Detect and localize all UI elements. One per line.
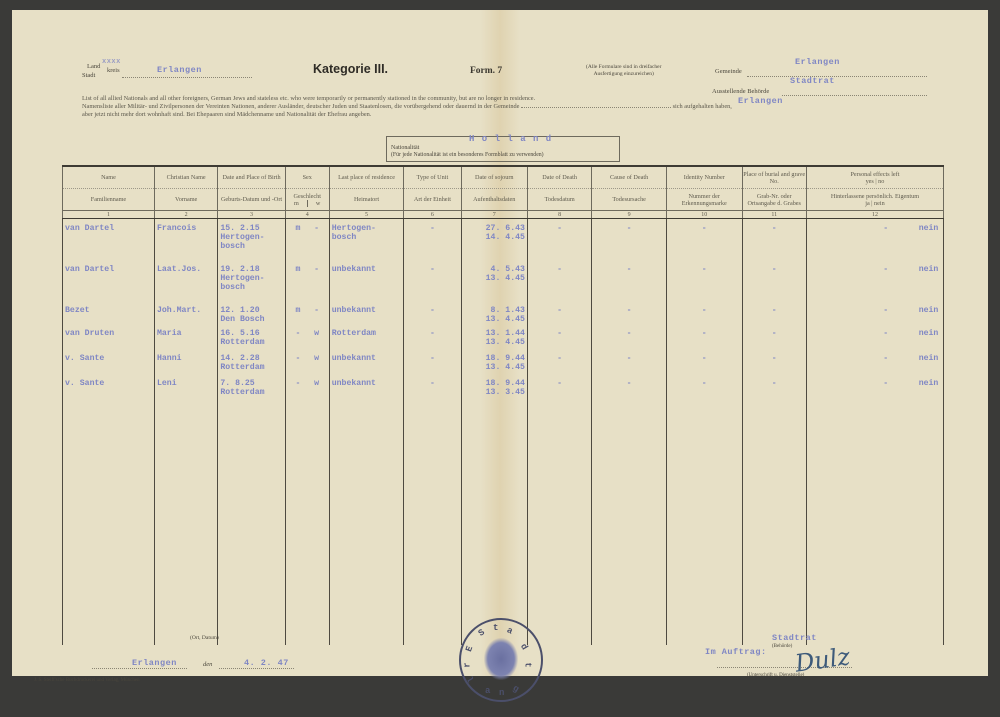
stamp-letter: t — [493, 623, 498, 633]
row-death-date-text: - — [530, 329, 589, 338]
row-unit: - — [404, 305, 461, 328]
col-num-1: 1 — [63, 211, 155, 219]
row-name: van Dartel — [63, 264, 155, 305]
col-christian-name-de: Vorname — [154, 189, 217, 211]
row-burial-text: - — [745, 306, 804, 315]
stamp-letter: a — [485, 686, 490, 696]
effects-yes: - — [809, 329, 888, 338]
row-birth: 7. 8.25Rotterdam — [218, 378, 285, 645]
row-residence-text: unbekannt — [332, 306, 402, 315]
effects-yes: - — [809, 224, 888, 233]
col-death-date-de: Todesdatum — [527, 189, 591, 211]
col-death-date-en: Date of Death — [527, 166, 591, 189]
table-row: van DartelLaat.Jos.19. 2.18Hertogen- bos… — [63, 264, 944, 305]
ort-value: Erlangen — [132, 658, 177, 668]
row-unit: - — [404, 378, 461, 645]
row-vorname: Francois — [154, 219, 217, 265]
col-num-6: 6 — [404, 211, 461, 219]
row-residence-text: unbekannt — [332, 265, 402, 274]
birth-date: 15. 2.15 — [220, 224, 282, 233]
col-christian-name-en: Christian Name — [154, 166, 217, 189]
den-label: den — [203, 661, 212, 668]
stamp-letter: S — [477, 627, 487, 638]
row-death-date: - — [527, 305, 591, 328]
col-death-cause-de: Todesursache — [592, 189, 667, 211]
behoerde-label: Ausstellende Behörde — [712, 88, 769, 95]
intro-line2: Namensliste aller Militär- und Zivilpers… — [82, 103, 927, 111]
col-num-3: 3 — [218, 211, 285, 219]
footer-stadtrat: Stadtrat — [772, 633, 817, 643]
stamp-emblem-icon — [484, 638, 518, 680]
row-burial: - — [742, 305, 806, 328]
official-stamp: S t a d t E r l a n g — [459, 618, 543, 702]
row-residence-text: Hertogen- bosch — [332, 224, 402, 242]
row-sojourn-text: 27. 6.43 14. 4.45 — [464, 224, 525, 242]
col-num-4: 4 — [285, 211, 329, 219]
header-row-german: Familienname Vorname Geburts-Datum und -… — [63, 189, 944, 211]
row-name: Bezet — [63, 305, 155, 328]
row-burial: - — [742, 219, 806, 265]
row-death-date: - — [527, 219, 591, 265]
col-burial-en: Place of burial and grave No. — [742, 166, 806, 189]
row-birth: 16. 5.16Rotterdam — [218, 328, 285, 353]
row-unit-text: - — [406, 306, 458, 315]
birth-date: 19. 2.18 — [220, 265, 282, 274]
row-residence-text: Rotterdam — [332, 329, 402, 338]
row-name: v. Sante — [63, 378, 155, 645]
row-name: v. Sante — [63, 353, 155, 378]
col-effects-de-label: Hinterlassene persönlich. Eigentum — [807, 193, 943, 200]
row-death-date-text: - — [530, 265, 589, 274]
stamp-letter: d — [518, 642, 529, 652]
sex-w: w — [307, 354, 326, 363]
land-value: xxxx — [102, 58, 121, 66]
ort-datum-label: (Ort, Datum) — [190, 635, 219, 641]
sex-m: - — [289, 329, 308, 338]
row-death-cause: - — [592, 219, 667, 265]
row-unit: - — [404, 328, 461, 353]
date-value: 4. 2. 47 — [244, 658, 289, 668]
stamp-letter: r — [463, 662, 473, 667]
header-row-numbers: 1 2 3 4 5 6 7 8 9 10 11 12 — [63, 211, 944, 219]
gemeinde-value: Erlangen — [795, 57, 840, 67]
row-death-cause-text: - — [594, 265, 664, 274]
row-death-cause: - — [592, 264, 667, 305]
copies-note-line2: Ausfertigung einzureichen) — [586, 71, 661, 78]
row-death-date-text: - — [530, 224, 589, 233]
intro-text: List of all allied Nationals and all oth… — [82, 95, 927, 120]
effects-yes: - — [809, 354, 888, 363]
row-identity-text: - — [669, 306, 740, 315]
row-name-text: van Dartel — [65, 265, 152, 274]
row-burial-text: - — [745, 265, 804, 274]
stamp-letter: a — [505, 625, 514, 636]
row-sex: m- — [285, 219, 329, 265]
col-burial-de: Grab-Nr. oder Ortsangabe d. Grabes — [742, 189, 806, 211]
copies-note: (Alle Formulare sind in dreifacher Ausfe… — [586, 64, 661, 77]
kreis-line — [122, 77, 252, 78]
row-effects: -nein — [806, 305, 943, 328]
col-sojourn-en: Date of sojourn — [461, 166, 527, 189]
col-num-2: 2 — [154, 211, 217, 219]
row-residence: Rotterdam — [329, 328, 404, 353]
stamp-letter: g — [511, 683, 521, 694]
row-sojourn: 13. 1.44 13. 4.45 — [461, 328, 527, 353]
row-name: van Druten — [63, 328, 155, 353]
row-name-text: v. Sante — [65, 354, 152, 363]
land-label: Land — [87, 63, 100, 70]
row-sojourn: 18. 9.44 13. 3.45 — [461, 378, 527, 645]
nationality-label: Nationalität — [391, 145, 419, 151]
row-identity: - — [666, 219, 742, 265]
row-vorname: Joh.Mart. — [154, 305, 217, 328]
birth-place: Rotterdam — [220, 363, 282, 372]
gemeinde-label: Gemeinde — [715, 68, 742, 75]
row-sojourn-text: 18. 9.44 13. 3.45 — [464, 379, 525, 397]
intro-line2-dots — [521, 107, 671, 108]
row-burial-text: - — [745, 329, 804, 338]
row-effects: -nein — [806, 378, 943, 645]
col-identity-de: Nummer der Erkennungsmarke — [666, 189, 742, 211]
row-death-date: - — [527, 264, 591, 305]
effects-yes: - — [809, 306, 888, 315]
col-effects-de: Hinterlassene persönlich. Eigentum ja | … — [806, 189, 943, 211]
sex-m: m — [289, 265, 308, 274]
birth-date: 16. 5.16 — [220, 329, 282, 338]
row-vorname-text: Leni — [157, 379, 215, 388]
col-sex-en: Sex — [285, 166, 329, 189]
stamp-letter: E — [464, 645, 475, 654]
foreigners-table: Name Christian Name Date and Place of Bi… — [62, 165, 944, 645]
row-residence-text: unbekannt — [332, 379, 402, 388]
row-residence: unbekannt — [329, 378, 404, 645]
birth-date: 12. 1.20 — [220, 306, 282, 315]
col-unit-en: Type of Unit — [404, 166, 461, 189]
col-num-8: 8 — [527, 211, 591, 219]
col-effects-en-label: Personal effects left — [807, 171, 943, 178]
row-death-date-text: - — [530, 306, 589, 315]
header-row-english: Name Christian Name Date and Place of Bi… — [63, 166, 944, 189]
col-death-cause-en: Cause of Death — [592, 166, 667, 189]
row-burial: - — [742, 328, 806, 353]
behoerde-small-label: (Behörde) — [772, 644, 792, 649]
document-page: Land xxxx Stadt kreis Erlangen Kategorie… — [12, 10, 988, 676]
row-unit-text: - — [406, 354, 458, 363]
birth-place: Hertogen- bosch — [220, 233, 282, 251]
birth-place: Rotterdam — [220, 338, 282, 347]
row-effects: -nein — [806, 219, 943, 265]
row-unit-text: - — [406, 224, 458, 233]
row-vorname-text: Joh.Mart. — [157, 306, 215, 315]
sex-w: - — [307, 265, 326, 274]
sex-m: - — [289, 354, 308, 363]
row-burial-text: - — [745, 224, 804, 233]
sex-m: - — [289, 379, 308, 388]
table-row: BezetJoh.Mart.12. 1.20Den Boschm-unbekan… — [63, 305, 944, 328]
col-birth-de: Geburts-Datum und -Ort — [218, 189, 285, 211]
row-identity: - — [666, 378, 742, 645]
row-death-cause-text: - — [594, 329, 664, 338]
effects-no: nein — [888, 224, 938, 233]
col-sex-w: w — [307, 200, 329, 207]
row-vorname: Leni — [154, 378, 217, 645]
behoerde-value: Stadtrat — [790, 76, 835, 86]
row-death-cause: - — [592, 378, 667, 645]
row-sojourn: 18. 9.44 13. 4.45 — [461, 353, 527, 378]
birth-place: Rotterdam — [220, 388, 282, 397]
effects-no: nein — [888, 354, 938, 363]
row-burial-text: - — [745, 354, 804, 363]
col-sex-de: Geschlecht mw — [285, 189, 329, 211]
birth-place: Den Bosch — [220, 315, 282, 324]
nationality-box: H o l l a n d Nationalität (Für jede Nat… — [386, 136, 620, 162]
form-number: Form. 7 — [470, 66, 502, 76]
stamp-letter: l — [466, 674, 477, 684]
kreis-label: kreis — [107, 67, 120, 74]
row-unit-text: - — [406, 265, 458, 274]
effects-yes: - — [809, 379, 888, 388]
row-death-date: - — [527, 378, 591, 645]
row-sojourn: 27. 6.43 14. 4.45 — [461, 219, 527, 265]
row-identity: - — [666, 328, 742, 353]
row-unit: - — [404, 353, 461, 378]
row-burial: - — [742, 378, 806, 645]
auftrag-text: Im Auftrag: — [705, 647, 767, 657]
row-sojourn-text: 4. 5.43 13. 4.45 — [464, 265, 525, 283]
row-vorname: Maria — [154, 328, 217, 353]
row-sojourn-text: 13. 1.44 13. 4.45 — [464, 329, 525, 347]
row-death-cause: - — [592, 328, 667, 353]
row-sex: m- — [285, 305, 329, 328]
row-birth: 12. 1.20Den Bosch — [218, 305, 285, 328]
effects-no: nein — [888, 265, 938, 274]
row-sex: -w — [285, 378, 329, 645]
col-residence-de: Heimatort — [329, 189, 404, 211]
row-identity: - — [666, 305, 742, 328]
row-residence-text: unbekannt — [332, 354, 402, 363]
row-vorname: Hanni — [154, 353, 217, 378]
table-body: van DartelFrancois15. 2.15Hertogen- bosc… — [63, 219, 944, 646]
row-death-cause-text: - — [594, 379, 664, 388]
row-effects: -nein — [806, 328, 943, 353]
table-row: v. SanteHanni14. 2.28Rotterdam-wunbekann… — [63, 353, 944, 378]
stadt-label: Stadt — [82, 72, 95, 79]
row-residence: unbekannt — [329, 305, 404, 328]
birth-place: Hertogen- bosch — [220, 274, 282, 292]
printer-imprint: J. S. Steiff'sche Buchdruckerei und Verl… — [34, 678, 140, 683]
row-vorname-text: Maria — [157, 329, 215, 338]
col-identity-en: Identity Number — [666, 166, 742, 189]
birth-date: 14. 2.28 — [220, 354, 282, 363]
row-vorname: Laat.Jos. — [154, 264, 217, 305]
row-birth: 15. 2.15Hertogen- bosch — [218, 219, 285, 265]
sex-w: w — [307, 329, 326, 338]
row-birth: 14. 2.28Rotterdam — [218, 353, 285, 378]
col-name-de: Familienname — [63, 189, 155, 211]
intro-gemeinde-value: Erlangen — [738, 96, 783, 106]
kreis-value: Erlangen — [157, 65, 202, 75]
ort-line — [92, 668, 187, 669]
effects-yes: - — [809, 265, 888, 274]
row-effects: -nein — [806, 264, 943, 305]
col-sojourn-de: Aufenthaltsdaten — [461, 189, 527, 211]
row-name-text: van Druten — [65, 329, 152, 338]
sex-w: w — [307, 379, 326, 388]
col-sex-de-label: Geschlecht — [286, 193, 329, 200]
row-residence: unbekannt — [329, 264, 404, 305]
row-identity-text: - — [669, 354, 740, 363]
row-effects: -nein — [806, 353, 943, 378]
unterschrift-label: (Unterschrift u. Dienststelle) — [747, 673, 804, 678]
row-death-date-text: - — [530, 379, 589, 388]
row-identity: - — [666, 264, 742, 305]
row-death-cause-text: - — [594, 354, 664, 363]
row-death-date-text: - — [530, 354, 589, 363]
col-effects-de-sub: ja | nein — [807, 200, 943, 207]
row-residence: unbekannt — [329, 353, 404, 378]
row-identity: - — [666, 353, 742, 378]
row-residence: Hertogen- bosch — [329, 219, 404, 265]
row-birth: 19. 2.18Hertogen- bosch — [218, 264, 285, 305]
row-death-date: - — [527, 328, 591, 353]
sex-m: m — [289, 224, 308, 233]
row-unit-text: - — [406, 379, 458, 388]
row-death-cause-text: - — [594, 224, 664, 233]
row-identity-text: - — [669, 224, 740, 233]
gemeinde-line — [747, 76, 927, 77]
col-effects-en: Personal effects left yes | no — [806, 166, 943, 189]
col-unit-de: Art der Einheit — [404, 189, 461, 211]
row-sojourn: 8. 1.43 13. 4.45 — [461, 305, 527, 328]
effects-no: nein — [888, 329, 938, 338]
intro-line2-end: sich aufgehalten haben, — [673, 103, 732, 110]
col-residence-en: Last place of residence — [329, 166, 404, 189]
stamp-letter: n — [499, 688, 504, 698]
col-num-11: 11 — [742, 211, 806, 219]
row-burial-text: - — [745, 379, 804, 388]
table-row: van DrutenMaria16. 5.16Rotterdam-wRotter… — [63, 328, 944, 353]
row-unit: - — [404, 264, 461, 305]
row-death-cause: - — [592, 305, 667, 328]
col-num-10: 10 — [666, 211, 742, 219]
row-death-cause-text: - — [594, 306, 664, 315]
row-name-text: v. Sante — [65, 379, 152, 388]
row-name: van Dartel — [63, 219, 155, 265]
row-death-date: - — [527, 353, 591, 378]
col-num-7: 7 — [461, 211, 527, 219]
row-name-text: van Dartel — [65, 224, 152, 233]
row-sex: -w — [285, 353, 329, 378]
row-sojourn-text: 8. 1.43 13. 4.45 — [464, 306, 525, 324]
table-row: van DartelFrancois15. 2.15Hertogen- bosc… — [63, 219, 944, 265]
sex-w: - — [307, 306, 326, 315]
row-death-cause: - — [592, 353, 667, 378]
row-sojourn: 4. 5.43 13. 4.45 — [461, 264, 527, 305]
row-sojourn-text: 18. 9.44 13. 4.45 — [464, 354, 525, 372]
col-effects-en-sub: yes | no — [807, 178, 943, 185]
date-line — [219, 668, 294, 669]
row-name-text: Bezet — [65, 306, 152, 315]
row-sex: m- — [285, 264, 329, 305]
col-num-12: 12 — [806, 211, 943, 219]
col-name-en: Name — [63, 166, 155, 189]
sex-w: - — [307, 224, 326, 233]
row-sex: -w — [285, 328, 329, 353]
birth-date: 7. 8.25 — [220, 379, 282, 388]
copies-note-line1: (Alle Formulare sind in dreifacher — [586, 64, 661, 71]
sex-m: m — [289, 306, 308, 315]
row-vorname-text: Laat.Jos. — [157, 265, 215, 274]
row-unit-text: - — [406, 329, 458, 338]
row-unit: - — [404, 219, 461, 265]
row-vorname-text: Hanni — [157, 354, 215, 363]
nationality-value: H o l l a n d — [469, 134, 552, 144]
intro-line1: List of all allied Nationals and all oth… — [82, 95, 927, 103]
row-burial: - — [742, 353, 806, 378]
col-num-5: 5 — [329, 211, 404, 219]
intro-line2-text: Namensliste aller Militär- und Zivilpers… — [82, 103, 519, 110]
stamp-letter: t — [523, 662, 533, 667]
table-row: v. SanteLeni7. 8.25Rotterdam-wunbekannt-… — [63, 378, 944, 645]
page-title: Kategorie III. — [313, 62, 388, 76]
row-identity-text: - — [669, 329, 740, 338]
row-vorname-text: Francois — [157, 224, 215, 233]
nationality-note: (Für jede Nationalität ist ein besondere… — [391, 152, 544, 158]
effects-no: nein — [888, 306, 938, 315]
col-birth-en: Date and Place of Birth — [218, 166, 285, 189]
row-identity-text: - — [669, 265, 740, 274]
row-identity-text: - — [669, 379, 740, 388]
col-sex-m: m — [286, 200, 307, 207]
col-num-9: 9 — [592, 211, 667, 219]
row-burial: - — [742, 264, 806, 305]
intro-line3: aber jetzt nicht mehr dort wohnhaft sind… — [82, 111, 927, 119]
effects-no: nein — [888, 379, 938, 388]
